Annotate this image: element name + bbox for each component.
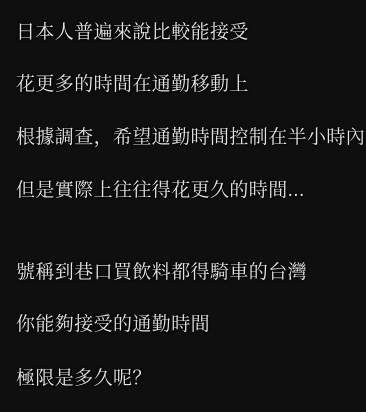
subtitle-line-1: 日本人普遍來說比較能接受 bbox=[16, 22, 362, 43]
subtitle-line-3: 根據調查，希望通勤時間控制在半小時內 bbox=[16, 127, 362, 148]
subtitle-line-4: 但是實際上往往得花更久的時間... bbox=[16, 180, 362, 201]
subtitle-line-5: 號稱到巷口買飲料都得騎車的台灣 bbox=[16, 262, 362, 283]
subtitle-line-6: 你能夠接受的通勤時間 bbox=[16, 314, 362, 335]
subtitle-line-7: 極限是多久呢？ bbox=[16, 368, 362, 389]
video-subtitle-screen: 日本人普遍來說比較能接受 花更多的時間在通勤移動上 根據調查，希望通勤時間控制在… bbox=[0, 0, 366, 412]
subtitle-line-2: 花更多的時間在通勤移動上 bbox=[16, 74, 362, 95]
